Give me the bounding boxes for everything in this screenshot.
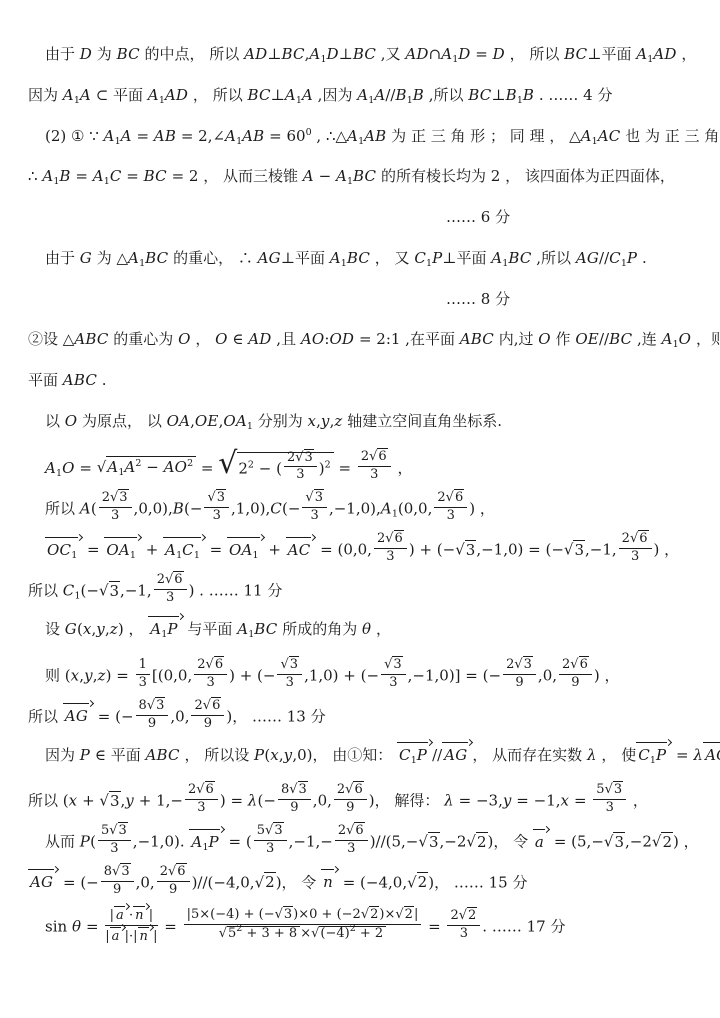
radicand: 3 xyxy=(120,863,130,879)
fraction: 2√63 xyxy=(434,491,467,524)
denominator: 3 xyxy=(447,926,480,942)
math-var: G xyxy=(65,620,77,638)
fraction: 2√63 xyxy=(374,532,407,565)
radical: √3 xyxy=(265,822,284,838)
vector: OA1 xyxy=(104,537,141,562)
math-var: AG xyxy=(65,707,88,725)
fraction: |5×(−4) + (−√3)×0 + (−2√2)×√2|√52 + 3 + … xyxy=(184,908,422,942)
math-var: AD xyxy=(165,86,188,104)
vector: a xyxy=(114,906,129,924)
math-var: x xyxy=(71,666,80,684)
fraction: 8√39 xyxy=(101,865,134,898)
math-var: A xyxy=(303,167,314,185)
vector: AG xyxy=(703,742,720,767)
radicand: 3 xyxy=(298,781,308,797)
radical: √3 xyxy=(384,656,403,672)
radicand: 3 xyxy=(613,781,623,797)
line-17: 所以 AG = (−8√39,0,2√69)， …… 13 分 xyxy=(28,701,706,734)
math-var: y xyxy=(125,792,134,810)
radicand: 6 xyxy=(211,697,221,713)
math-var: BC xyxy=(353,167,376,185)
math-var: A xyxy=(225,127,236,145)
radical: √2 xyxy=(255,872,276,891)
function-name: sin xyxy=(45,917,67,935)
math-var: z xyxy=(98,666,106,684)
numerator: 1 xyxy=(136,658,150,675)
denominator: 9 xyxy=(278,800,311,816)
vector: n xyxy=(321,869,338,894)
numerator: 2√6 xyxy=(157,865,190,882)
fraction: 2√39 xyxy=(503,658,536,691)
denominator: 3 xyxy=(194,675,227,691)
subscript: 1 xyxy=(194,550,200,561)
radicand: 3 xyxy=(216,489,226,505)
math-var: AG xyxy=(444,746,467,764)
numerator: 2√6 xyxy=(358,450,391,467)
fraction: √33 xyxy=(302,491,327,524)
math-var: A xyxy=(148,86,159,104)
denominator: 3 xyxy=(284,467,317,483)
radical: √3 xyxy=(305,489,324,505)
radicand: 3 xyxy=(523,656,533,672)
math-var: A xyxy=(330,249,341,267)
subscript: 1 xyxy=(130,550,136,561)
radicand: 6 xyxy=(638,530,648,546)
radicand: 3 xyxy=(118,822,128,838)
fraction: 2√23 xyxy=(447,909,480,942)
radicand: 6 xyxy=(354,822,364,838)
math-var: λ xyxy=(587,746,597,764)
numerator: 2√6 xyxy=(434,491,467,508)
numerator: 2√6 xyxy=(559,658,592,675)
math-var: AB xyxy=(242,127,264,145)
math-var: y xyxy=(84,666,93,684)
math-var: P xyxy=(80,833,90,851)
math-var: AB xyxy=(154,127,176,145)
radical: √2 xyxy=(361,906,380,922)
radical: √3 xyxy=(564,540,585,559)
math-var: y xyxy=(284,746,293,764)
radical: √2 xyxy=(407,872,428,891)
radical: √2 xyxy=(466,832,487,851)
radical: √3 xyxy=(604,832,625,851)
math-var: A xyxy=(374,86,385,104)
math-var: AC xyxy=(598,127,621,145)
radicand: 2 xyxy=(417,872,429,891)
fraction: √33 xyxy=(277,658,302,691)
math-var: AD xyxy=(248,330,271,348)
radicand: 2 xyxy=(369,906,379,922)
numerator: 5√3 xyxy=(254,824,287,841)
radical: √3 xyxy=(275,906,294,922)
math-var: A xyxy=(128,249,139,267)
radicand: 3 xyxy=(573,540,585,559)
math-var: OC xyxy=(47,541,71,559)
vector: A1P xyxy=(148,616,182,641)
vector: C1P xyxy=(397,742,432,767)
denominator: √52 + 3 + 8×√(−4)2 + 2 xyxy=(184,925,422,942)
numerator: 2√3 xyxy=(99,491,132,508)
line-14: 所以 C1(−√3,−1,2√63) . …… 11 分 xyxy=(28,575,706,608)
math-var: a xyxy=(116,908,124,923)
math-var: G xyxy=(80,249,92,267)
math-var: O xyxy=(215,330,228,348)
math-var: BC xyxy=(508,249,531,267)
math-var: n xyxy=(323,873,333,891)
denominator: 3 xyxy=(374,549,407,565)
math-var: OA xyxy=(106,541,130,559)
vector: C1P xyxy=(636,742,671,767)
math-var: C xyxy=(399,746,411,764)
math-var: C xyxy=(638,746,650,764)
math-var: C xyxy=(182,541,194,559)
math-var: ABC xyxy=(63,371,97,389)
math-var: O xyxy=(538,330,551,348)
numerator: 8√3 xyxy=(278,783,311,800)
radicand: 2 xyxy=(264,872,276,891)
denominator: 3 xyxy=(254,841,287,857)
radical: √6 xyxy=(168,863,187,879)
line-01: 由于 D 为 BC 的中点， 所以 AD⊥BC,A1D⊥BC ,又 AD∩A1D… xyxy=(28,44,706,66)
radical: √2 xyxy=(395,906,414,922)
fraction: 2√63 xyxy=(619,532,652,565)
denominator: |a|·|n| xyxy=(105,926,157,945)
line-06: 由于 G 为 △A1BC 的重心， ∴ AG⊥平面 A1BC ， 又 C1P⊥平… xyxy=(28,248,706,270)
math-var: A xyxy=(107,458,118,476)
denominator: 3 xyxy=(277,675,302,691)
denominator: 3 xyxy=(593,800,626,816)
denominator: 3 xyxy=(302,508,327,524)
math-var: A xyxy=(63,86,74,104)
math-var: A xyxy=(357,86,368,104)
numerator: √3 xyxy=(381,658,406,675)
math-var: BC xyxy=(353,45,376,63)
square-root: √52 + 3 + 8 xyxy=(219,926,300,942)
subscript: 1 xyxy=(392,509,398,520)
fraction: 2√63 xyxy=(194,658,227,691)
radicand: 6 xyxy=(176,863,186,879)
math-var: P xyxy=(167,620,177,638)
line-02: 因为 A1A ⊂ 平面 A1AD ， 所以 BC⊥A1A ,因为 A1A//B1… xyxy=(28,85,706,107)
radicand: 3 xyxy=(392,656,402,672)
math-var: B xyxy=(395,86,406,104)
line-16: 则 (x,y,z) = 13[(0,0,2√63) + (−√33,1,0) +… xyxy=(28,660,706,693)
superscript: 2 xyxy=(350,923,356,934)
numerator: 2√3 xyxy=(284,451,317,468)
math-var: D xyxy=(493,45,505,63)
denominator: 9 xyxy=(334,800,367,816)
math-var: AG xyxy=(705,746,720,764)
radical: √3 xyxy=(418,832,439,851)
math-var: D xyxy=(327,45,339,63)
radicand: 6 xyxy=(353,781,363,797)
math-var: A xyxy=(636,45,647,63)
numerator: √3 xyxy=(302,491,327,508)
denominator: 3 xyxy=(619,549,652,565)
numerator: 2√6 xyxy=(374,532,407,549)
superscript: 0 xyxy=(306,127,312,138)
vector: A1C1 xyxy=(163,537,205,562)
math-var: BC xyxy=(254,620,277,638)
math-var: A xyxy=(285,86,296,104)
radicand: 3 xyxy=(465,540,477,559)
fraction: √33 xyxy=(204,491,229,524)
radical-sign: √ xyxy=(218,449,237,479)
fraction: 2√63 xyxy=(335,824,368,857)
radicand: 3 xyxy=(314,489,324,505)
math-var: λ xyxy=(444,792,454,810)
line-05: …… 6 分 xyxy=(28,207,706,229)
math-var: B xyxy=(173,500,184,518)
radicand: 2 xyxy=(467,907,477,923)
numerator: 5√3 xyxy=(593,783,626,800)
math-var: BC xyxy=(609,330,632,348)
math-var: O xyxy=(178,330,191,348)
fraction: 2√69 xyxy=(334,783,367,816)
math-var: A xyxy=(93,167,104,185)
math-var: ABC xyxy=(74,330,108,348)
math-var: AO xyxy=(301,330,325,348)
radical-sign: √ xyxy=(311,927,319,942)
line-13: OC1 = OA1 + A1C1 = OA1 + AC = (0,0,2√63)… xyxy=(28,534,706,567)
radicand: 2 xyxy=(476,832,488,851)
math-var: A xyxy=(121,127,132,145)
math-var: A xyxy=(309,45,320,63)
line-03: (2) ① ∵ A1A = AB = 2,∠A1AB = 600 , ∴△A1A… xyxy=(28,126,706,148)
radical: √6 xyxy=(196,781,215,797)
math-var: AD xyxy=(653,45,676,63)
radicand: 6 xyxy=(454,489,464,505)
radicand: 2 xyxy=(661,832,673,851)
solution-page: 由于 D 为 BC 的中点， 所以 AD⊥BC,A1D⊥BC ,又 AD∩A1D… xyxy=(0,0,720,1018)
fraction: 2√33 xyxy=(284,451,317,484)
radicand: 6 xyxy=(205,781,215,797)
math-var: C xyxy=(63,582,75,600)
numerator: 2√6 xyxy=(619,532,652,549)
line-08: ②设 △ABC 的重心为 O ， O ∈ AD ,且 AO:OD = 2:1 ,… xyxy=(28,329,706,351)
radicand: 3 xyxy=(118,489,128,505)
radical: √3 xyxy=(295,449,314,465)
fraction: 2√69 xyxy=(157,865,190,898)
radical: √3 xyxy=(99,581,120,600)
numerator: √3 xyxy=(204,491,229,508)
math-var: O xyxy=(679,330,692,348)
radicand: 2 xyxy=(404,906,414,922)
superscript: 2 xyxy=(135,458,141,469)
math-var: y xyxy=(321,412,330,430)
numerator: 2√6 xyxy=(185,783,218,800)
vector: AG xyxy=(28,869,58,894)
fraction: 2√33 xyxy=(99,491,132,524)
numerator: 2√3 xyxy=(503,658,536,675)
math-var: BC xyxy=(468,86,491,104)
math-var: AG xyxy=(576,249,599,267)
math-var: B xyxy=(413,86,424,104)
math-var: A xyxy=(336,167,347,185)
math-var: A xyxy=(165,541,176,559)
denominator: 9 xyxy=(101,882,134,898)
denominator: 3 xyxy=(136,675,150,691)
math-var: A xyxy=(124,458,135,476)
numerator: 8√3 xyxy=(136,699,169,716)
radicand: 22 − (2√33)2 xyxy=(237,452,333,486)
numerator: 8√3 xyxy=(101,865,134,882)
line-07: …… 8 分 xyxy=(28,289,706,311)
fraction: 5√33 xyxy=(254,824,287,857)
subscript: 1 xyxy=(74,591,80,602)
math-var: n xyxy=(135,908,144,923)
fraction: 2√69 xyxy=(191,699,224,732)
numerator: 2√2 xyxy=(447,909,480,926)
denominator: 3 xyxy=(434,508,467,524)
math-var: x xyxy=(83,620,92,638)
math-var: OA xyxy=(229,541,253,559)
subscript: 1 xyxy=(71,550,77,561)
math-var: BC xyxy=(347,249,370,267)
denominator: 9 xyxy=(136,716,169,732)
math-var: x xyxy=(561,792,570,810)
numerator: 2√6 xyxy=(334,783,367,800)
vector: A1P xyxy=(189,829,223,854)
radicand: 6 xyxy=(173,571,183,587)
math-var: AO xyxy=(164,458,188,476)
radical-sign: √ xyxy=(219,927,227,942)
math-var: AB xyxy=(364,127,386,145)
radical: √3 xyxy=(455,540,476,559)
math-var: AD xyxy=(244,45,267,63)
fraction: |a·n||a|·|n| xyxy=(105,906,157,945)
radicand: 3 xyxy=(289,656,299,672)
line-10: 以 O 为原点， 以 OA,OE,OA1 分别为 x,y,z 轴建立空间直角坐标… xyxy=(28,411,706,433)
numerator: 2√6 xyxy=(191,699,224,716)
math-var: A xyxy=(191,833,202,851)
radicand: 6 xyxy=(214,656,224,672)
math-var: OE xyxy=(575,330,599,348)
numerator: 5√3 xyxy=(98,824,131,841)
math-var: z xyxy=(334,412,342,430)
square-root: √22 − (2√33)2 xyxy=(218,452,333,486)
radical: √3 xyxy=(109,822,128,838)
denominator: 9 xyxy=(157,882,190,898)
square-root: √A1A2 − AO2 xyxy=(97,456,196,479)
math-var: a xyxy=(535,833,544,851)
vector: OA1 xyxy=(227,537,264,562)
superscript: 2 xyxy=(248,459,254,470)
radicand: 3 xyxy=(109,581,121,600)
math-var: P xyxy=(417,746,427,764)
math-var: x xyxy=(69,792,78,810)
math-var: A xyxy=(381,500,392,518)
radical: √6 xyxy=(345,781,364,797)
vector: n xyxy=(133,906,149,924)
math-var: ABC xyxy=(146,746,180,764)
denominator: 9 xyxy=(191,716,224,732)
math-var: A xyxy=(45,458,56,476)
line-12: 所以 A(2√33,0,0),B(−√33,1,0),C(−√33,−1,0),… xyxy=(28,493,706,526)
radical: √3 xyxy=(110,489,129,505)
math-var: AC xyxy=(288,541,311,559)
radical: √6 xyxy=(346,822,365,838)
vector: n xyxy=(138,927,154,945)
math-var: OA xyxy=(167,412,191,430)
radical: √6 xyxy=(570,656,589,672)
subscript: 1 xyxy=(253,550,259,561)
math-var: P xyxy=(80,746,90,764)
radicand: 3 xyxy=(613,832,625,851)
math-var: A xyxy=(42,167,53,185)
vector: OC1 xyxy=(45,537,82,562)
radical: √3 xyxy=(207,489,226,505)
fraction: 2√69 xyxy=(559,658,592,691)
line-15: 设 G(x,y,z) ， A1P 与平面 A1BC 所成的角为 θ ， xyxy=(28,616,706,641)
fraction: 5√33 xyxy=(593,783,626,816)
math-var: A xyxy=(662,330,673,348)
math-var: A xyxy=(104,127,115,145)
fraction: 13 xyxy=(136,658,150,691)
math-var: y xyxy=(503,792,512,810)
math-var: C xyxy=(414,249,426,267)
denominator: 3 xyxy=(335,841,368,857)
line-04: ∴ A1B = A1C = BC = 2 ， 从而三棱锥 A − A1BC 的所… xyxy=(28,166,706,188)
math-var: A xyxy=(237,620,248,638)
fraction: 8√39 xyxy=(136,699,169,732)
math-var: x xyxy=(270,746,279,764)
math-var: P xyxy=(656,746,666,764)
math-var: O xyxy=(62,458,75,476)
radical: √2 xyxy=(459,907,478,923)
math-var: A xyxy=(441,45,452,63)
math-var: AD xyxy=(405,45,428,63)
math-var: D xyxy=(80,45,92,63)
math-var: P xyxy=(254,746,264,764)
radical-sign: √ xyxy=(97,457,107,479)
radicand: 6 xyxy=(394,530,404,546)
math-var: a xyxy=(112,929,120,944)
denominator: 3 xyxy=(204,508,229,524)
math-var: BC xyxy=(144,167,167,185)
denominator: 3 xyxy=(98,841,131,857)
line-22: sin θ = |a·n||a|·|n| = |5×(−4) + (−√3)×0… xyxy=(28,908,706,947)
math-var: D xyxy=(458,45,470,63)
radicand: 3 xyxy=(109,791,121,810)
math-var: A xyxy=(581,127,592,145)
math-var: z xyxy=(110,620,118,638)
numerator: 2√6 xyxy=(154,573,187,590)
radical: √6 xyxy=(369,448,388,464)
vector: a xyxy=(533,829,549,854)
square-root: √(−4)2 + 2 xyxy=(311,926,386,942)
radical: √3 xyxy=(605,781,624,797)
superscript: 2 xyxy=(236,923,242,934)
math-var: A xyxy=(347,127,358,145)
vector: AG xyxy=(63,703,93,728)
denominator: 3 xyxy=(154,590,187,606)
math-var: O xyxy=(65,412,78,430)
radicand: 6 xyxy=(377,448,387,464)
line-18: 因为 P ∈ 平面 ABC ， 所以设 P(x,y,0)， 由①知： C1P//… xyxy=(28,742,706,767)
subscript: 1 xyxy=(247,421,253,432)
math-var: P xyxy=(627,249,637,267)
fraction: √33 xyxy=(381,658,406,691)
math-var: OA xyxy=(223,412,247,430)
math-var: ABC xyxy=(460,330,494,348)
vector: AC xyxy=(286,537,316,562)
radicand: 3 xyxy=(428,832,440,851)
radical: √3 xyxy=(514,656,533,672)
numerator: 2√6 xyxy=(194,658,227,675)
math-var: BC xyxy=(281,45,304,63)
radicand: 52 + 3 + 8 xyxy=(227,926,300,942)
